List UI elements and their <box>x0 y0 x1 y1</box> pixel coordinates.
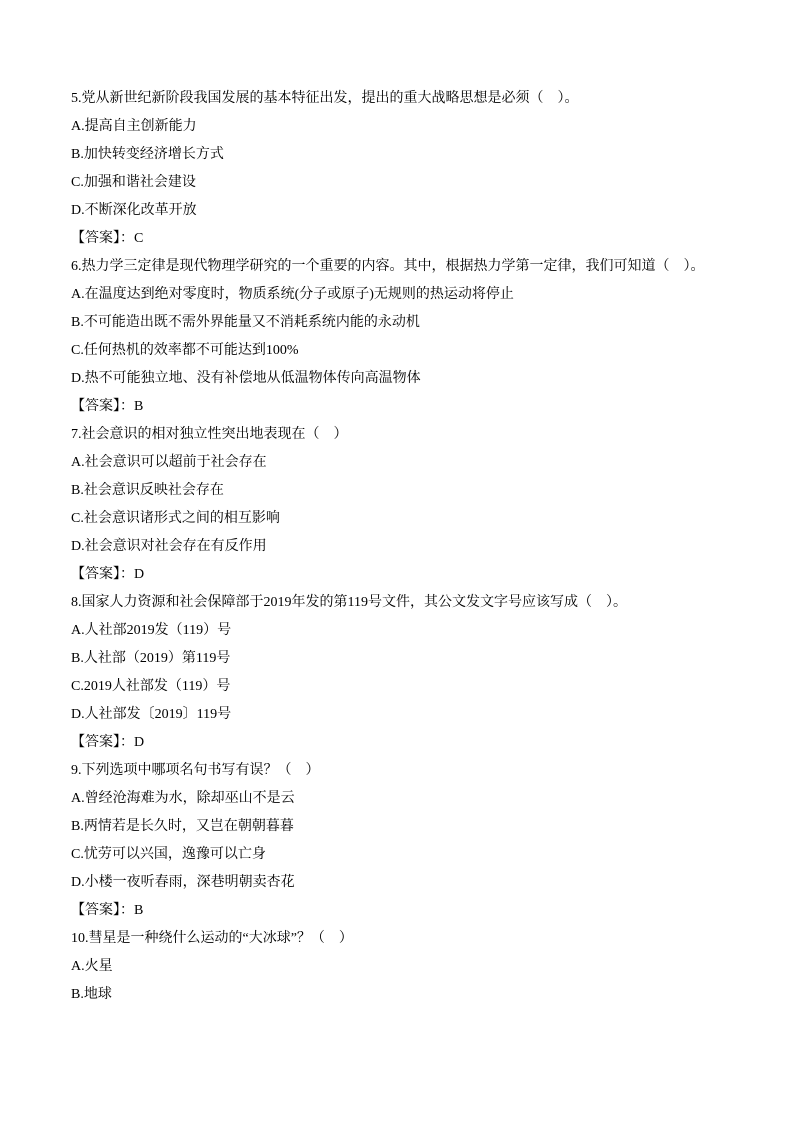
question-block-5: 5.党从新世纪新阶段我国发展的基本特征出发，提出的重大战略思想是必须（ ）。 A… <box>71 85 723 253</box>
question-text: 5.党从新世纪新阶段我国发展的基本特征出发，提出的重大战略思想是必须（ ）。 <box>71 85 723 113</box>
option-b: B.人社部（2019）第119号 <box>71 645 723 673</box>
option-d: D.社会意识对社会存在有反作用 <box>71 533 723 561</box>
option-b: B.地球 <box>71 981 723 1009</box>
option-b: B.社会意识反映社会存在 <box>71 477 723 505</box>
option-c: C.加强和谐社会建设 <box>71 169 723 197</box>
question-block-8: 8.国家人力资源和社会保障部于2019年发的第119号文件，其公文发文字号应该写… <box>71 589 723 757</box>
document-content: 5.党从新世纪新阶段我国发展的基本特征出发，提出的重大战略思想是必须（ ）。 A… <box>71 85 723 1009</box>
question-block-7: 7.社会意识的相对独立性突出地表现在（ ） A.社会意识可以超前于社会存在 B.… <box>71 421 723 589</box>
question-block-6: 6.热力学三定律是现代物理学研究的一个重要的内容。其中，根据热力学第一定律，我们… <box>71 253 723 421</box>
question-text: 7.社会意识的相对独立性突出地表现在（ ） <box>71 421 723 449</box>
question-text: 10.彗星是一种绕什么运动的“大冰球”？（ ） <box>71 925 723 953</box>
option-c: C.社会意识诸形式之间的相互影响 <box>71 505 723 533</box>
question-text: 8.国家人力资源和社会保障部于2019年发的第119号文件，其公文发文字号应该写… <box>71 589 723 617</box>
question-block-10: 10.彗星是一种绕什么运动的“大冰球”？（ ） A.火星 B.地球 <box>71 925 723 1009</box>
option-a: A.社会意识可以超前于社会存在 <box>71 449 723 477</box>
option-d: D.小楼一夜听春雨，深巷明朝卖杏花 <box>71 869 723 897</box>
answer-line: 【答案】：B <box>71 897 723 925</box>
option-d: D.不断深化改革开放 <box>71 197 723 225</box>
question-text: 6.热力学三定律是现代物理学研究的一个重要的内容。其中，根据热力学第一定律，我们… <box>71 253 723 281</box>
option-a: A.在温度达到绝对零度时，物质系统(分子或原子)无规则的热运动将停止 <box>71 281 723 309</box>
option-c: C.忧劳可以兴国，逸豫可以亡身 <box>71 841 723 869</box>
option-b: B.两情若是长久时，又岂在朝朝暮暮 <box>71 813 723 841</box>
option-a: A.提高自主创新能力 <box>71 113 723 141</box>
question-text: 9.下列选项中哪项名句书写有误？（ ） <box>71 757 723 785</box>
option-a: A.人社部2019发（119）号 <box>71 617 723 645</box>
option-a: A.火星 <box>71 953 723 981</box>
document-page: 5.党从新世纪新阶段我国发展的基本特征出发，提出的重大战略思想是必须（ ）。 A… <box>0 0 794 1123</box>
option-c: C.2019人社部发（119）号 <box>71 673 723 701</box>
answer-line: 【答案】：D <box>71 729 723 757</box>
answer-line: 【答案】：B <box>71 393 723 421</box>
option-d: D.热不可能独立地、没有补偿地从低温物体传向高温物体 <box>71 365 723 393</box>
question-block-9: 9.下列选项中哪项名句书写有误？（ ） A.曾经沧海难为水，除却巫山不是云 B.… <box>71 757 723 925</box>
answer-line: 【答案】：C <box>71 225 723 253</box>
option-b: B.加快转变经济增长方式 <box>71 141 723 169</box>
option-d: D.人社部发〔2019〕119号 <box>71 701 723 729</box>
option-a: A.曾经沧海难为水，除却巫山不是云 <box>71 785 723 813</box>
option-c: C.任何热机的效率都不可能达到100% <box>71 337 723 365</box>
option-b: B.不可能造出既不需外界能量又不消耗系统内能的永动机 <box>71 309 723 337</box>
answer-line: 【答案】：D <box>71 561 723 589</box>
